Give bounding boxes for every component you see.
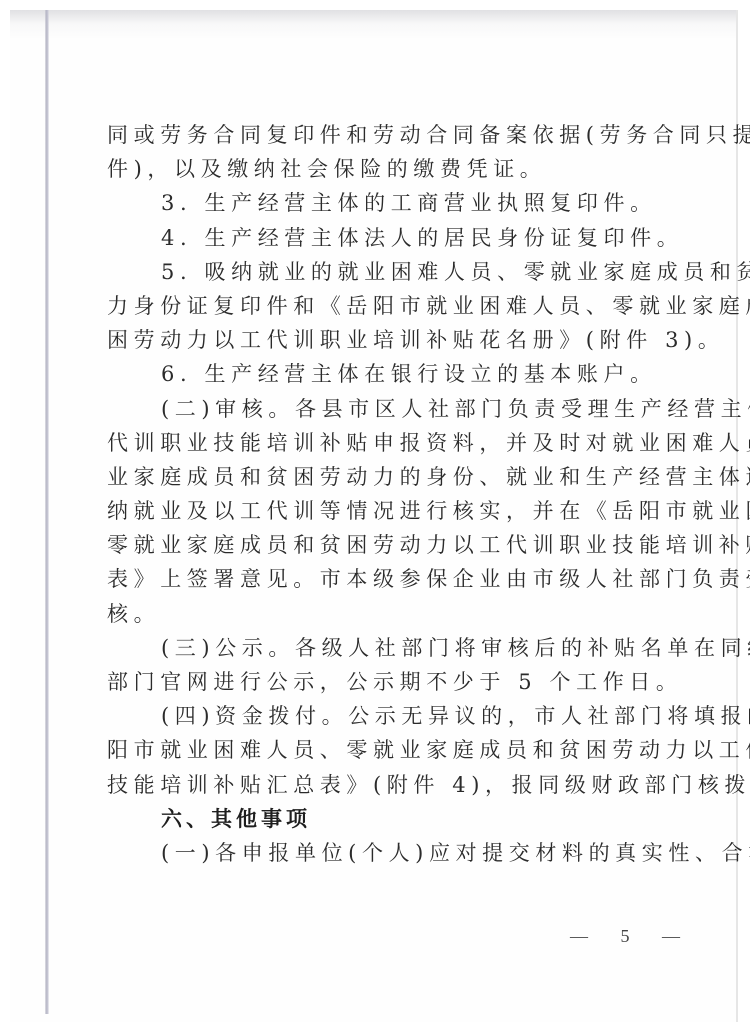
subsection-publicity: (三)公示。各级人社部门将审核后的补贴名单在同级人社 <box>107 631 652 665</box>
list-item-3: 3. 生产经营主体的工商营业执照复印件。 <box>107 186 652 220</box>
subsection-other-1: (一)各申报单位(个人)应对提交材料的真实性、合法性 <box>107 836 652 870</box>
subsection-review: (二)审核。各县市区人社部门负责受理生产经营主体以工 <box>107 392 652 426</box>
list-item-6: 6. 生产经营主体在银行设立的基本账户。 <box>107 357 652 391</box>
body-line: 核。 <box>107 597 652 631</box>
document-body: 同或劳务合同复印件和劳动合同备案依据(劳务合同只提供复印 件)，以及缴纳社会保险… <box>107 118 652 870</box>
body-line: 阳市就业困难人员、零就业家庭成员和贫困劳动力以工代训职业 <box>107 733 652 767</box>
body-line: 技能培训补贴汇总表》(附件 4)，报同级财政部门核拨补贴资金。 <box>107 768 652 802</box>
body-line: 业家庭成员和贫困劳动力的身份、就业和生产经营主体运营、吸 <box>107 460 652 494</box>
body-line: 零就业家庭成员和贫困劳动力以工代训职业技能培训补贴审批 <box>107 528 652 562</box>
body-line: 件)，以及缴纳社会保险的缴费凭证。 <box>107 152 652 186</box>
scanned-page: 同或劳务合同复印件和劳动合同备案依据(劳务合同只提供复印 件)，以及缴纳社会保险… <box>0 0 750 1031</box>
body-line: 力身份证复印件和《岳阳市就业困难人员、零就业家庭成员和贫 <box>107 289 652 323</box>
body-line: 同或劳务合同复印件和劳动合同备案依据(劳务合同只提供复印 <box>107 118 652 152</box>
page-number: — 5 — <box>570 926 694 947</box>
list-item-5: 5. 吸纳就业的就业困难人员、零就业家庭成员和贫困劳动 <box>107 255 652 289</box>
body-line: 代训职业技能培训补贴申报资料，并及时对就业困难人员、零就 <box>107 426 652 460</box>
body-line: 表》上签署意见。市本级参保企业由市级人社部门负责受理并审 <box>107 562 652 596</box>
body-line: 困劳动力以工代训职业培训补贴花名册》(附件 3)。 <box>107 323 652 357</box>
subsection-fund-allocation: (四)资金拨付。公示无异议的，市人社部门将填报的《岳 <box>107 699 652 733</box>
section-heading: 六、其他事项 <box>107 802 652 836</box>
body-line: 部门官网进行公示，公示期不少于 5 个工作日。 <box>107 665 652 699</box>
binding-shadow-line <box>45 10 49 1014</box>
list-item-4: 4. 生产经营主体法人的居民身份证复印件。 <box>107 221 652 255</box>
body-line: 纳就业及以工代训等情况进行核实，并在《岳阳市就业困难人员、 <box>107 494 652 528</box>
